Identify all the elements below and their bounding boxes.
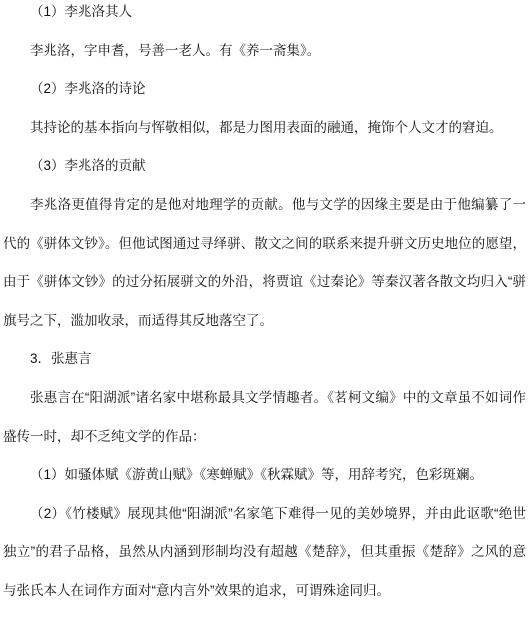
heading-line: （3）李兆洛的贡献 — [3, 147, 526, 186]
text-line: 其持论的基本指向与恽敬相似，都是力图用表面的融通，掩饰个人文才的窘迫。 — [3, 109, 526, 148]
text-line: （2）《竹楼赋》展现其他“阳湖派”名家笔下难得一见的美妙境界，并由此讴歌“绝世 — [3, 495, 526, 534]
text-line: 代的《骈体文钞》。但他试图通过寻绎骈、散文之间的联系来提升骈文历史地位的愿望，却 — [3, 225, 526, 264]
text-line: 独立”的君子品格，虽然从内涵到形制均没有超越《楚辞》，但其重振《楚辞》之风的意图… — [3, 533, 526, 572]
heading-line: （2）李兆洛的诗论 — [3, 70, 526, 109]
text-line: 旗号之下，滥加收录，而适得其反地落空了。 — [3, 302, 526, 341]
text-line: 盛传一时，却不乏纯文学的作品： — [3, 418, 526, 457]
text-line: 与张氏本人在词作方面对“意内言外”效果的追求，可谓殊途同归。 — [3, 572, 526, 611]
document-page: （1）李兆洛其人 李兆洛，字申耆，号善一老人。有《养一斋集》。 （2）李兆洛的诗… — [0, 0, 529, 611]
text-line: 李兆洛，字申耆，号善一老人。有《养一斋集》。 — [3, 32, 526, 71]
heading-line: 3．张惠言 — [3, 340, 526, 379]
text-line: 张惠言在“阳湖派”诸名家中堪称最具文学情趣者。《茗柯文编》中的文章虽不如词作 — [3, 379, 526, 418]
text-line: 由于《骈体文钞》的过分拓展骈文的外沿，将贾谊《过秦论》等秦汉著各散文均归入“骈文… — [3, 263, 526, 302]
text-line: （1）如骚体赋《游黄山赋》《寒蝉赋》《秋霖赋》等，用辞考究，色彩斑斓。 — [3, 456, 526, 495]
text-line: 李兆洛更值得肯定的是他对地理学的贡献。他与文学的因缘主要是由于他编纂了一部通 — [3, 186, 526, 225]
heading-line: （1）李兆洛其人 — [3, 0, 526, 32]
